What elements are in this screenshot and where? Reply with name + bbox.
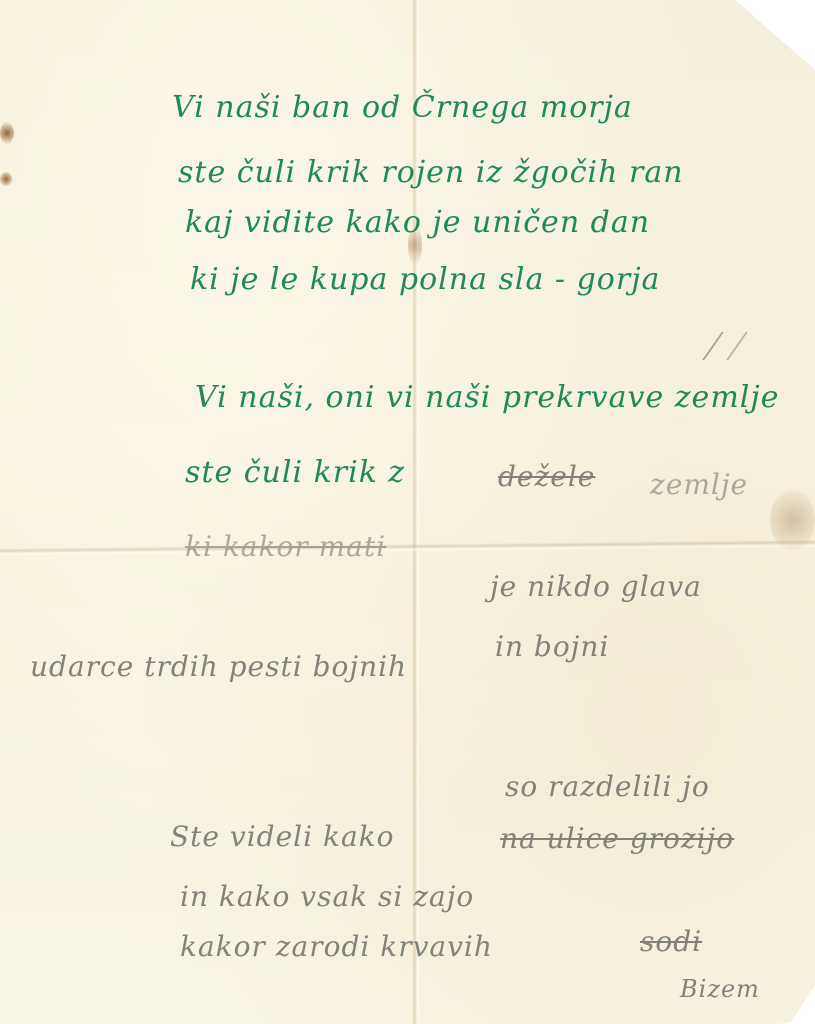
pencil-line-3: in bojni	[495, 630, 609, 663]
stain-mark	[770, 490, 815, 550]
stain-mark	[0, 122, 14, 144]
pencil-line-4: udarce trdih pesti bojnih	[30, 650, 407, 683]
pencil-line-2: je nikdo glava	[490, 570, 702, 603]
pencil-line-6: Ste videli kako	[170, 820, 394, 853]
paper-sheet: Vi naši ban od Črnega morja ste čuli kri…	[0, 0, 815, 1024]
stain-mark	[0, 172, 12, 186]
pencil-word: zemlje	[650, 468, 748, 501]
pencil-line-9: kakor zarodi krvavih	[180, 930, 493, 963]
ink-line-2: ste čuli krik rojen iz žgočih ran	[178, 155, 684, 190]
vertical-fold-crease	[412, 0, 420, 1024]
ink-line-5: Vi naši, oni vi naši prekrvave zemlje	[195, 380, 779, 415]
signature: Bizem	[680, 975, 760, 1003]
pencil-line-7: na ulice grozijo	[500, 822, 734, 855]
pencil-line-5: so razdelili jo	[505, 770, 710, 803]
ink-line-3: kaj vidite kako je uničen dan	[185, 205, 650, 240]
horizontal-fold-crease	[0, 540, 815, 557]
pencil-hash-mark	[702, 332, 748, 360]
struck-word: dežele	[498, 460, 595, 493]
ink-line-1: Vi naši ban od Črnega morja	[172, 90, 633, 125]
ink-line-4: ki je le kupa polna sla - gorja	[190, 262, 660, 297]
folded-corner	[735, 0, 815, 70]
ink-line-6: ste čuli krik z	[185, 455, 405, 490]
pencil-line-8: in kako vsak si zajo	[180, 880, 474, 913]
pencil-line-1: ki kakor mati	[185, 530, 386, 563]
pencil-line-10: sodi	[640, 925, 702, 958]
